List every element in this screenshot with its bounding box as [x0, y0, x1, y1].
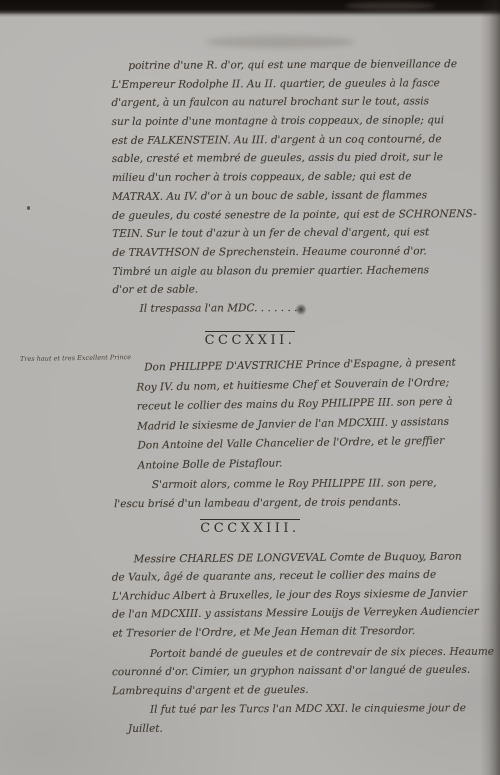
manuscript-line: poitrine d'une R. d'or, qui est une marq… [111, 58, 471, 79]
manuscript-line: S'armoit alors, comme le Roy PHILIPPE II… [114, 477, 464, 498]
photo-edge-highlight [345, 2, 435, 10]
manuscript-line: Juillet. [112, 721, 472, 742]
manuscript-line: MATRAX. Au IV. d'or à un bouc de sable, … [112, 189, 472, 210]
photo-top-edge [0, 0, 500, 17]
manuscript-page: poitrine d'une R. d'or, qui est une marq… [0, 0, 500, 775]
paragraph-trautson-blazon: poitrine d'une R. d'or, qui est une marq… [111, 58, 472, 322]
paragraph-charles-longueval: Messire CHARLES DE LONGVEVAL Comte de Bu… [112, 550, 475, 645]
section-heading-322-text: CCCXXII. [205, 331, 296, 348]
paragraph-philippe-austriche: Don PHILIPPE D'AVSTRICHE Prince d'Espagn… [136, 356, 473, 478]
manuscript-line: et Tresorier de l'Ordre, et Me Jean Hema… [112, 624, 474, 646]
manuscript-line: Antoine Bolle de Pistaflour. [138, 454, 473, 479]
paragraph-longueval-arms: Portoit bandé de gueules et de contrevai… [112, 646, 472, 704]
paragraph-philippe-arms: S'armoit alors, comme le Roy PHILIPPE II… [114, 477, 464, 517]
ink-bleedthrough-smudge [205, 36, 355, 48]
manuscript-line: d'argent, à un faulcon au naturel brocha… [112, 95, 472, 116]
manuscript-line: Il trespassa l'an MDC. . . . . . . [113, 301, 473, 322]
section-heading-323-text: CCCXXIII. [200, 519, 299, 536]
paragraph-longueval-death: Il fut tué par les Turcs l'an MDC XXI. l… [112, 702, 472, 742]
manuscript-line: l'escu brisé d'un lambeau d'argent, de t… [114, 496, 464, 517]
photo-right-edge-shadow [480, 0, 500, 775]
manuscript-line: Il fut tué par les Turcs l'an MDC XXI. l… [112, 702, 472, 723]
section-heading-323: CCCXXIII. [112, 519, 388, 536]
section-heading-322: CCCXXII. [112, 331, 388, 348]
manuscript-line: sable, cresté et membré de gueules, assi… [112, 151, 472, 172]
manuscript-line: Lambrequins d'argent et de gueules. [112, 683, 472, 704]
paper-speck [27, 206, 30, 210]
manuscript-line: est de FALKENSTEIN. Au III. d'argent à u… [112, 133, 472, 154]
manuscript-line: d'or et de sable. [112, 282, 472, 303]
manuscript-line: L'Empereur Rodolphe II. Au II. quartier,… [111, 77, 471, 98]
manuscript-line: milieu d'un rocher à trois coppeaux, de … [112, 170, 472, 191]
manuscript-line: sur la pointe d'une montagne à trois cop… [112, 114, 472, 135]
manuscript-line: couronné d'or. Cimier, un gryphon naissa… [112, 664, 472, 685]
manuscript-line: de TRAVTHSON de Sprechenstein. Heaume co… [112, 245, 472, 266]
manuscript-line: TEIN. Sur le tout d'azur à un fer de che… [112, 226, 472, 247]
manuscript-line: Timbré un aigle au blason du premier qua… [112, 264, 472, 285]
margin-note: Tres haut et tres Excellent Prince [20, 353, 138, 363]
manuscript-line: de gueules, du costé senestre de la poin… [112, 208, 472, 229]
